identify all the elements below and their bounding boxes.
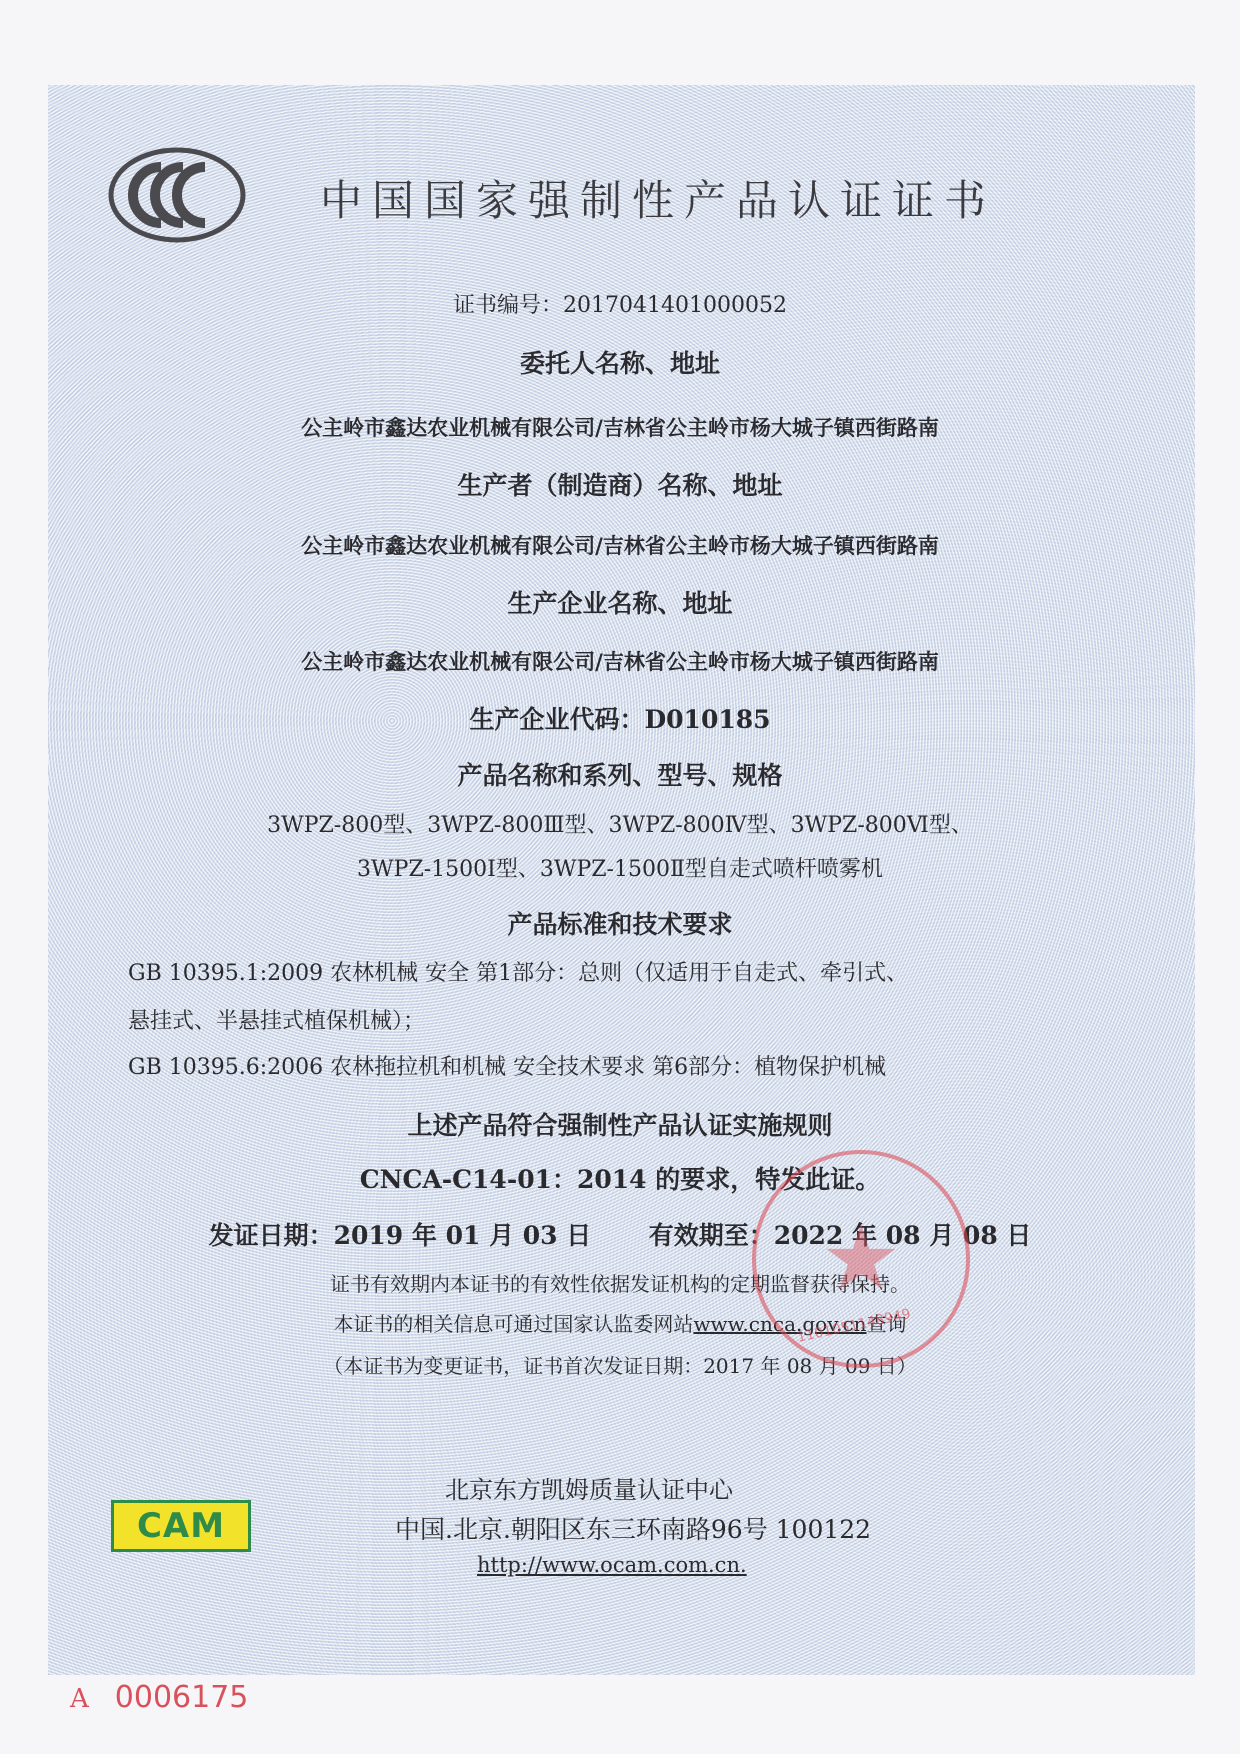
standard-1-line2: 悬挂式、半悬挂式植保机械）； <box>128 1004 1128 1035</box>
product-models-line2: 3WPZ-1500Ⅰ型、3WPZ-1500Ⅱ型自走式喷杆喷雾机 <box>0 852 1240 883</box>
lookup-suffix: 查询 <box>867 1312 907 1336</box>
issue-date: 2019 年 01 月 03 日 <box>334 1221 592 1250</box>
cnca-website-link[interactable]: www.cnca.gov.cn <box>693 1312 866 1336</box>
factory-heading: 生产企业名称、地址 <box>0 584 1240 620</box>
manufacturer-value: 公主岭市鑫达农业机械有限公司/吉林省公主岭市杨大城子镇西街路南 <box>0 530 1240 560</box>
cam-logo: CAM <box>111 1500 251 1552</box>
certificate-title: 中国国家强制性产品认证证书 <box>320 168 1020 228</box>
lookup-prefix: 本证书的相关信息可通过国家认监委网站 <box>333 1312 693 1336</box>
product-heading: 产品名称和系列、型号、规格 <box>0 756 1240 792</box>
certificate-number-value: 2017041401000052 <box>563 293 787 318</box>
standard-2: GB 10395.6:2006 农林拖拉机和机械 安全技术要求 第6部分：植物保… <box>128 1050 1128 1081</box>
factory-value: 公主岭市鑫达农业机械有限公司/吉林省公主岭市杨大城子镇西街路南 <box>0 646 1240 676</box>
valid-until-label: 有效期至： <box>649 1221 774 1250</box>
standards-heading: 产品标准和技术要求 <box>0 905 1240 941</box>
issue-date-label: 发证日期： <box>209 1221 334 1250</box>
serial-number: A0006175 <box>70 1680 248 1715</box>
client-heading: 委托人名称、地址 <box>0 344 1240 380</box>
certificate-number-label: 证书编号： <box>453 293 563 318</box>
certificate-number: 证书编号：2017041401000052 <box>0 288 1240 319</box>
factory-code: 生产企业代码：D010185 <box>0 700 1240 736</box>
standard-1-line1: GB 10395.1:2009 农林机械 安全 第1部分：总则（仅适用于自走式、… <box>128 956 1128 987</box>
validity-note: 证书有效期内本证书的有效性依据发证机构的定期监督获得保持。 <box>0 1268 1240 1297</box>
valid-until-date: 2022 年 08 月 08 日 <box>774 1221 1032 1250</box>
manufacturer-heading: 生产者（制造商）名称、地址 <box>0 466 1240 502</box>
serial-value: 0006175 <box>115 1680 249 1715</box>
client-value: 公主岭市鑫达农业机械有限公司/吉林省公主岭市杨大城子镇西街路南 <box>0 412 1240 442</box>
change-certificate-note: （本证书为变更证书，证书首次发证日期：2017 年 08 月 09 日） <box>0 1350 1240 1379</box>
product-models-line1: 3WPZ-800型、3WPZ-800Ⅲ型、3WPZ-800Ⅳ型、3WPZ-800… <box>0 808 1240 839</box>
conformity-line2: CNCA-C14-01：2014 的要求，特发此证。 <box>0 1160 1240 1196</box>
issuer-website-link[interactable]: http://www.ocam.com.cn. <box>477 1553 747 1577</box>
ccc-logo-icon <box>106 145 248 245</box>
serial-prefix: A <box>70 1684 89 1714</box>
issuer-address: 中国.北京.朝阳区东三环南路96号 100122 <box>395 1510 871 1546</box>
lookup-note: 本证书的相关信息可通过国家认监委网站www.cnca.gov.cn查询 <box>0 1308 1240 1337</box>
dates-row: 发证日期：2019 年 01 月 03 日 有效期至：2022 年 08 月 0… <box>0 1216 1240 1252</box>
conformity-line1: 上述产品符合强制性产品认证实施规则 <box>0 1106 1240 1142</box>
issuer-name: 北京东方凯姆质量认证中心 <box>445 1470 733 1505</box>
